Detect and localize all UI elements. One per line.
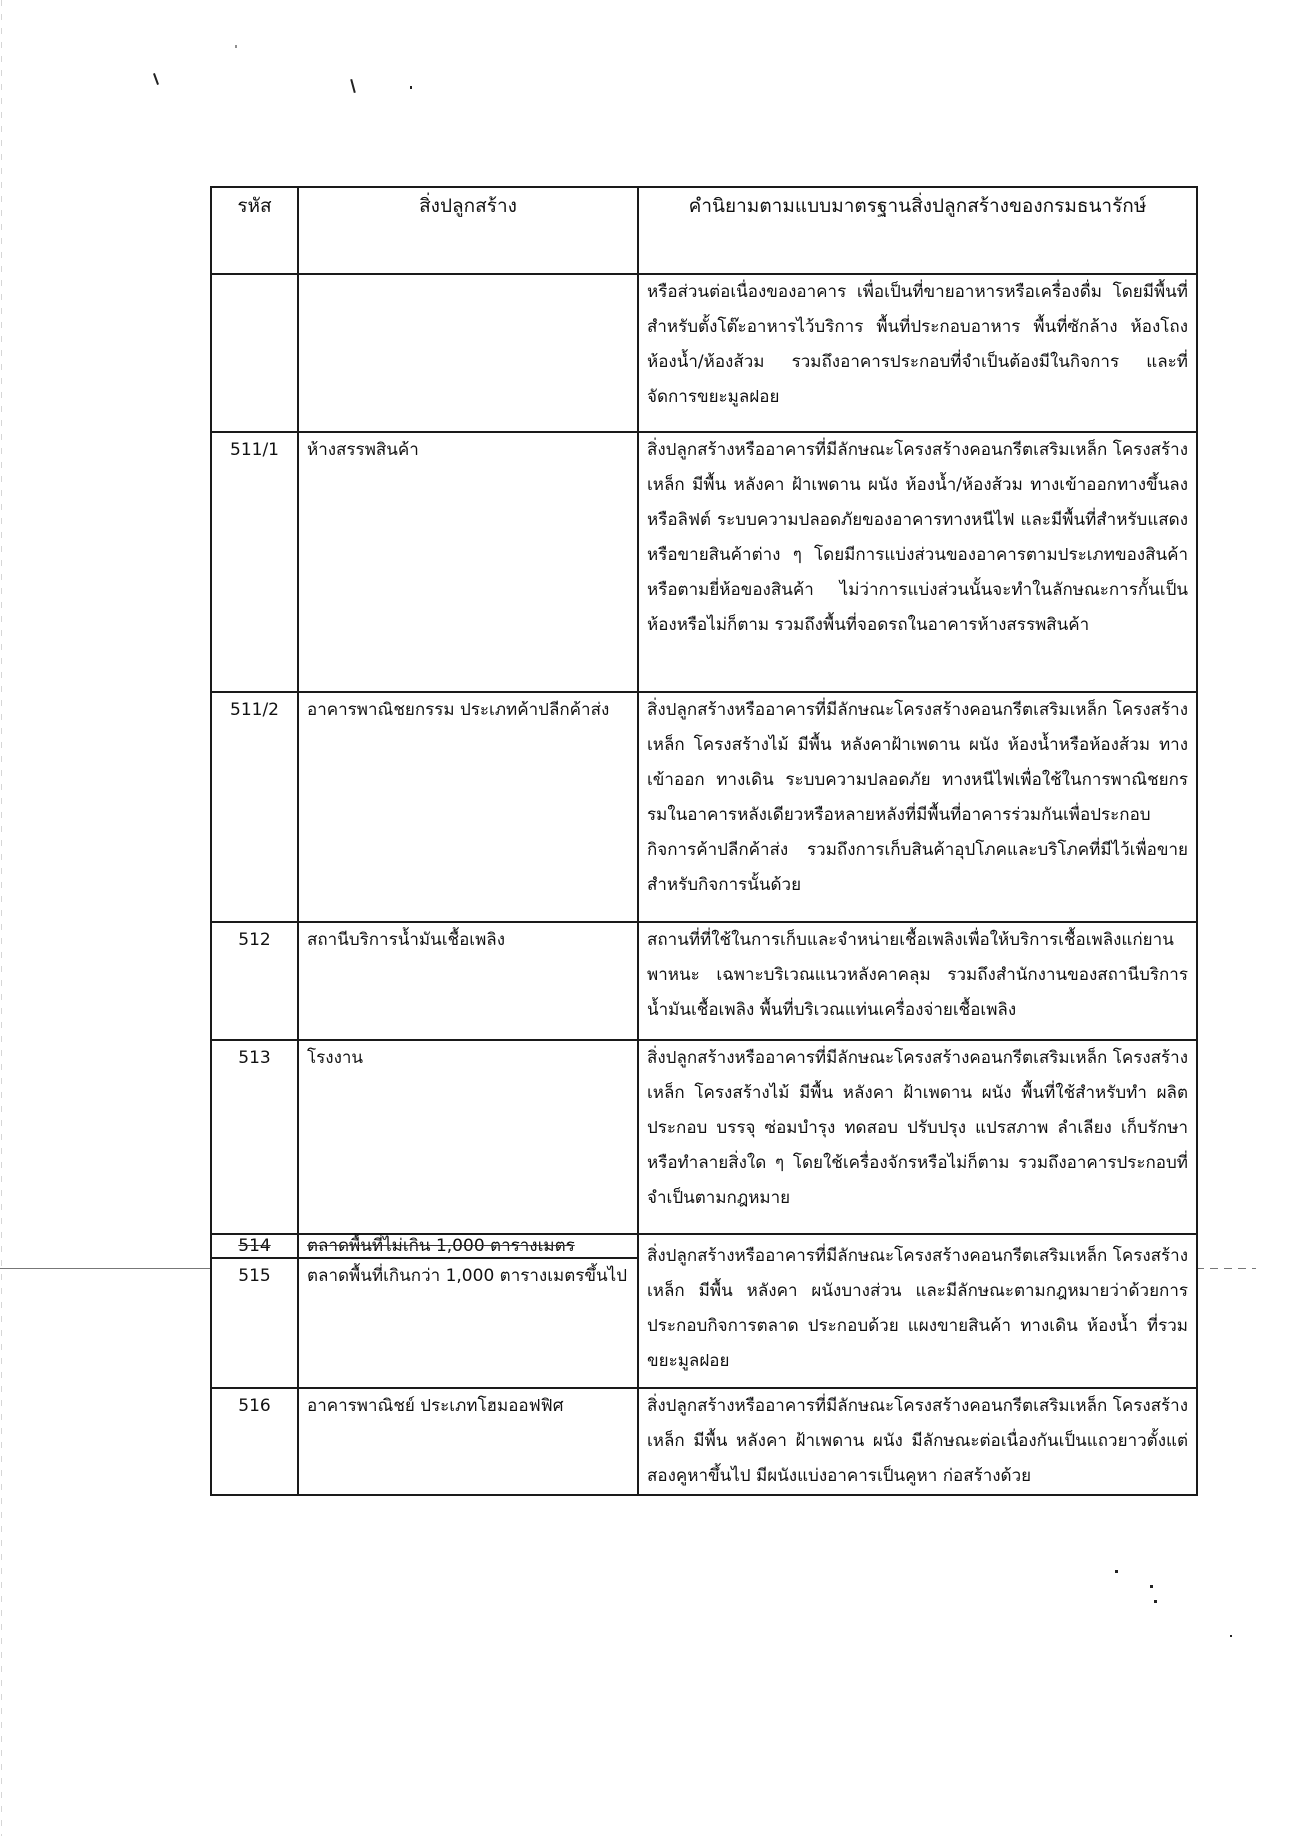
scan-speck — [235, 45, 237, 48]
header-code: รหัส — [211, 187, 298, 274]
scan-speck — [153, 73, 159, 85]
row-structure: อาคารพาณิชย์ ประเภทโฮมออฟฟิศ — [298, 1388, 638, 1495]
row-code: 514 — [211, 1234, 298, 1258]
table-row: หรือส่วนต่อเนื่องของอาคาร เพื่อเป็นที่ขา… — [211, 274, 1197, 432]
row-definition: สิ่งปลูกสร้างหรืออาคารที่มีลักษณะโครงสร้… — [638, 432, 1197, 692]
table-row: 513 โรงงาน สิ่งปลูกสร้างหรืออาคารที่มีลั… — [211, 1040, 1197, 1234]
row-definition: สิ่งปลูกสร้างหรืออาคารที่มีลักษณะโครงสร้… — [638, 1040, 1197, 1234]
row-code — [211, 274, 298, 432]
row-structure — [298, 274, 638, 432]
row-code: 512 — [211, 922, 298, 1040]
table-row: 511/2 อาคารพาณิชยกรรม ประเภทค้าปลีกค้าส่… — [211, 692, 1197, 922]
row-structure: ตลาดพื้นที่ไม่เกิน 1,000 ตารางเมตร — [298, 1234, 638, 1258]
scan-speck — [410, 86, 412, 89]
scan-speck — [1230, 1635, 1232, 1637]
scan-line-artifact — [0, 1268, 210, 1269]
row-code: 513 — [211, 1040, 298, 1234]
building-definitions-table: รหัส สิ่งปลูกสร้าง คำนิยามตามแบบมาตรฐานส… — [210, 186, 1198, 1496]
row-structure: โรงงาน — [298, 1040, 638, 1234]
scan-edge-artifact — [1, 0, 2, 1836]
row-code: 516 — [211, 1388, 298, 1495]
header-structure: สิ่งปลูกสร้าง — [298, 187, 638, 274]
row-definition: หรือส่วนต่อเนื่องของอาคาร เพื่อเป็นที่ขา… — [638, 274, 1197, 432]
scan-line-artifact — [1196, 1268, 1256, 1269]
row-definition: สิ่งปลูกสร้างหรืออาคารที่มีลักษณะโครงสร้… — [638, 1388, 1197, 1495]
row-structure: สถานีบริการน้ำมันเชื้อเพลิง — [298, 922, 638, 1040]
row-definition: สถานที่ที่ใช้ในการเก็บและจำหน่ายเชื้อเพล… — [638, 922, 1197, 1040]
scan-speck — [1150, 1585, 1153, 1588]
table-row: 511/1 ห้างสรรพสินค้า สิ่งปลูกสร้างหรืออา… — [211, 432, 1197, 692]
header-definition: คำนิยามตามแบบมาตรฐานสิ่งปลูกสร้างของกรมธ… — [638, 187, 1197, 274]
scan-speck — [350, 79, 356, 93]
scan-speck — [1115, 1570, 1118, 1573]
row-code: 511/2 — [211, 692, 298, 922]
row-structure: ห้างสรรพสินค้า — [298, 432, 638, 692]
row-definition: สิ่งปลูกสร้างหรืออาคารที่มีลักษณะโครงสร้… — [638, 1234, 1197, 1388]
row-structure: อาคารพาณิชยกรรม ประเภทค้าปลีกค้าส่ง — [298, 692, 638, 922]
scan-speck — [1154, 1600, 1157, 1603]
row-structure: ตลาดพื้นที่เกินกว่า 1,000 ตารางเมตรขึ้นไ… — [298, 1258, 638, 1388]
row-definition: สิ่งปลูกสร้างหรืออาคารที่มีลักษณะโครงสร้… — [638, 692, 1197, 922]
table-row: 516 อาคารพาณิชย์ ประเภทโฮมออฟฟิศ สิ่งปลู… — [211, 1388, 1197, 1495]
scanned-document-page: รหัส สิ่งปลูกสร้าง คำนิยามตามแบบมาตรฐานส… — [0, 0, 1300, 1836]
table-row-struck: 514 ตลาดพื้นที่ไม่เกิน 1,000 ตารางเมตร ส… — [211, 1234, 1197, 1258]
table-header-row: รหัส สิ่งปลูกสร้าง คำนิยามตามแบบมาตรฐานส… — [211, 187, 1197, 274]
row-code: 511/1 — [211, 432, 298, 692]
table-row: 512 สถานีบริการน้ำมันเชื้อเพลิง สถานที่ท… — [211, 922, 1197, 1040]
row-code: 515 — [211, 1258, 298, 1388]
